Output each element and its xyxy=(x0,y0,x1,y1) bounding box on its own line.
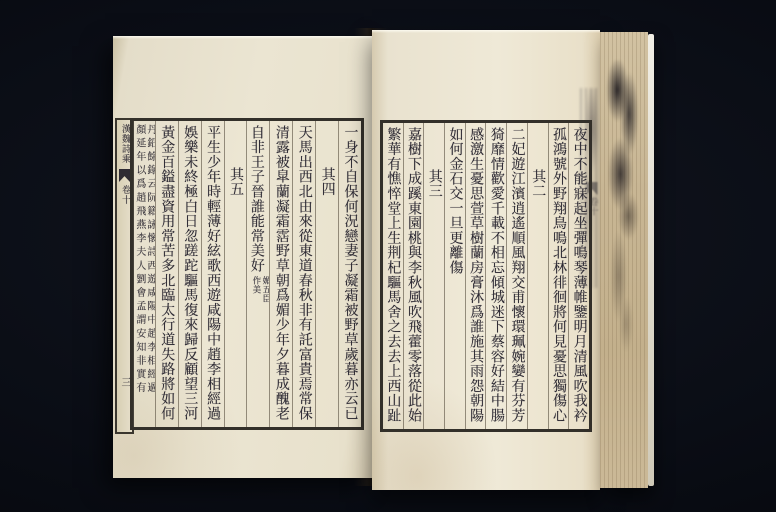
header-column: 其五 xyxy=(224,121,247,427)
column-text: 一身不自保何況戀妻子凝霜被野草歲暮亦云已 xyxy=(340,121,361,427)
column-text: 其五 xyxy=(225,121,246,427)
page-block-edge xyxy=(648,34,654,486)
column-text: 黃金百鎰盡資用常苦多北臨太行道失路將如何 xyxy=(156,121,177,427)
verse-column: 平生少年時輕薄好絃歌西遊咸陽中趙李相經過 xyxy=(201,121,224,427)
column-text: 二妃遊江濱逍遙順風翔交甫懷環珮婉孌有芬芳 xyxy=(507,123,527,429)
column-text: 清露被皐蘭凝霜霑野草朝爲媚少年夕暮成醜老 xyxy=(271,121,292,427)
header-column: 其三 xyxy=(423,123,444,429)
verse-column: 嘉樹下成蹊東園桃與李秋風吹飛藿零落從此始 xyxy=(403,123,424,429)
left-page: 漢魏詩乘 卷十 三 一身不自保何況戀妻子凝霜被野草歲暮亦云已其四天馬出西北由來從… xyxy=(113,36,372,478)
verse-column: 一身不自保何況戀妻子凝霜被野草歲暮亦云已 xyxy=(338,121,361,427)
banxin-page-number: 三 xyxy=(119,377,130,388)
verse-column: 自非王子晉誰能常美好媚五臣作美 xyxy=(246,121,269,427)
verse-column: 二妃遊江濱逍遙順風翔交甫懷環珮婉孌有芬芳 xyxy=(506,123,527,429)
commentary-column: 丹鉛餘錄云阮籍詠懷詩西遊咸陽中趙李相經過顏延年以爲趙飛燕李夫人劉會孟謂安知非實有 xyxy=(133,121,155,427)
verse-column: 娛樂未終極白日忽蹉跎驅馬復來歸反顧望三河 xyxy=(178,121,201,427)
verse-column: 黃金百鎰盡資用常苦多北臨太行道失路將如何 xyxy=(155,121,178,427)
banxin-title: 漢魏詩乘 xyxy=(119,120,130,164)
column-text: 猗靡情歡愛千載不相忘傾城迷下蔡容好結中腸 xyxy=(486,123,506,429)
column-text: 夜中不能寐起坐彈鳴琴薄帷鑒明月清風吹我衿 xyxy=(569,123,589,429)
column-text: 天馬出西北由來從東道春秋非有託富貴焉常保 xyxy=(294,121,315,427)
variant-note: 媚五臣作美 xyxy=(251,276,269,303)
ink-smudge xyxy=(602,60,646,360)
photo-background: 漢魏詩乘 卷十 三 一身不自保何況戀妻子凝霜被野草歲暮亦云已其四天馬出西北由來從… xyxy=(0,0,776,512)
verse-column: 猗靡情歡愛千載不相忘傾城迷下蔡容好結中腸 xyxy=(485,123,506,429)
column-text: 如何金石交一旦更離傷 xyxy=(444,123,464,429)
header-column: 其二 xyxy=(527,123,548,429)
verse-column: 夜中不能寐起坐彈鳴琴薄帷鑒明月清風吹我衿 xyxy=(568,123,589,429)
verse-column: 感激生憂思萱草樹蘭房膏沐爲誰施其雨怨朝陽 xyxy=(465,123,486,429)
column-text: 自非王子晉誰能常美好媚五臣作美 xyxy=(246,121,269,427)
column-text: 娛樂未終極白日忽蹉跎驅馬復來歸反顧望三河 xyxy=(179,121,200,427)
header-column: 其四 xyxy=(315,121,338,427)
verse-column: 清露被皐蘭凝霜霑野草朝爲媚少年夕暮成醜老 xyxy=(269,121,292,427)
column-text: 繁華有憔悴堂上生荆杞驅馬舍之去去上西山趾 xyxy=(383,123,403,429)
right-text-block: 夜中不能寐起坐彈鳴琴薄帷鑒明月清風吹我衿孤鴻號外野翔鳥鳴北林徘徊將何見憂思獨傷心… xyxy=(380,120,592,432)
verse-column: 天馬出西北由來從東道春秋非有託富貴焉常保 xyxy=(292,121,315,427)
commentary-double-column: 丹鉛餘錄云阮籍詠懷詩西遊咸陽中趙李相經過顏延年以爲趙飛燕李夫人劉會孟謂安知非實有 xyxy=(133,121,155,427)
right-page: 卷十 夜中不能寐起坐彈鳴琴薄帷鑒明月清風吹我衿孤鴻號外野翔鳥鳴北林徘徊將何見憂思… xyxy=(372,30,600,490)
left-text-block: 一身不自保何況戀妻子凝霜被野草歲暮亦云已其四天馬出西北由來從東道春秋非有託富貴焉… xyxy=(130,118,364,430)
column-text: 其四 xyxy=(317,121,338,427)
verse-column: 如何金石交一旦更離傷 xyxy=(444,123,465,429)
column-text: 感激生憂思萱草樹蘭房膏沐爲誰施其雨怨朝陽 xyxy=(465,123,485,429)
verse-column: 繁華有憔悴堂上生荆杞驅馬舍之去去上西山趾 xyxy=(383,123,403,429)
column-text: 其三 xyxy=(424,123,444,429)
column-text: 平生少年時輕薄好絃歌西遊咸陽中趙李相經過 xyxy=(202,121,223,427)
banxin-juan-label: 卷十 xyxy=(119,185,130,205)
column-text: 孤鴻號外野翔鳥鳴北林徘徊將何見憂思獨傷心 xyxy=(548,123,568,429)
column-text: 其二 xyxy=(527,123,547,429)
fore-edge-pages xyxy=(600,32,648,488)
verse-column: 孤鴻號外野翔鳥鳴北林徘徊將何見憂思獨傷心 xyxy=(548,123,569,429)
column-text: 嘉樹下成蹊東園桃與李秋風吹飛藿零落從此始 xyxy=(403,123,423,429)
fishtail-icon xyxy=(119,169,130,182)
